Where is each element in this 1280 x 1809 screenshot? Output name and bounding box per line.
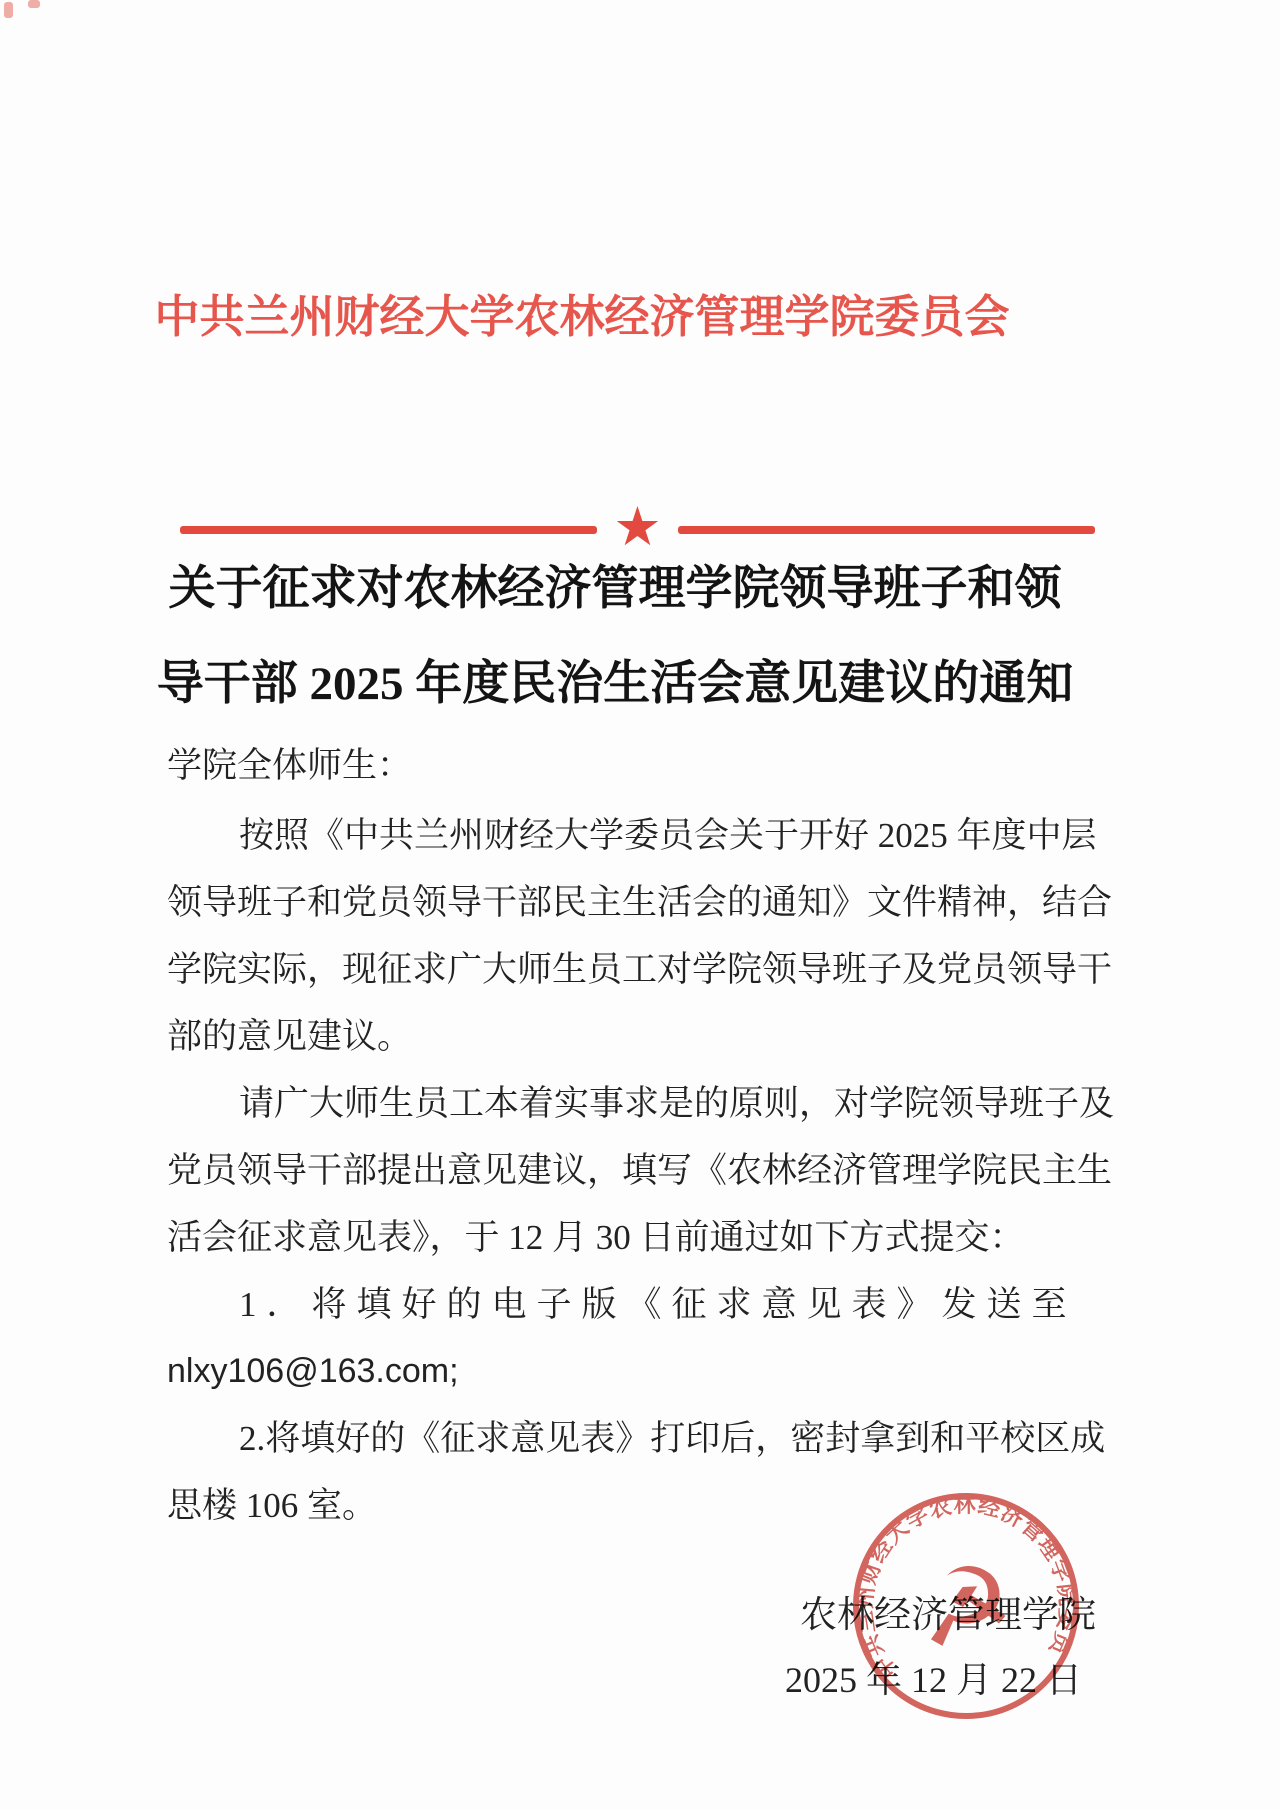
notice-title-line-2: 导干部 2025 年度民治生活会意见建议的通知 [130, 646, 1100, 713]
scanned-notice-document: 中共兰州财经大学农林经济管理学院委员会 ★ 关于征求对农林经济管理学院领导班子和… [0, 0, 1280, 1809]
body-line: 党员领导干部提出意见建议，填写《农林经济管理学院民主生 [167, 1137, 1112, 1204]
salutation: 学院全体师生： [167, 738, 412, 788]
scan-artifact [28, 0, 40, 8]
star-icon: ★ [597, 501, 677, 553]
divider-line-left [180, 526, 597, 534]
body-line: 1．将填好的电子版《征求意见表》发送至 [167, 1271, 1112, 1338]
divider-line-right [678, 526, 1095, 534]
official-seal: 中共兰州财经大学农林经济管理学院委员会 ☭ [790, 1430, 1142, 1782]
hammer-and-sickle-icon: ☭ [913, 1541, 1019, 1672]
body-line: 请广大师生员工本着实事求是的原则，对学院领导班子及 [167, 1070, 1112, 1137]
body-line: 按照《中共兰州财经大学委员会关于开好 2025 年度中层 [167, 802, 1112, 869]
body-line: 部的意见建议。 [167, 1003, 1112, 1070]
notice-body: 按照《中共兰州财经大学委员会关于开好 2025 年度中层 领导班子和党员领导干部… [167, 802, 1112, 1539]
body-line: 领导班子和党员领导干部民主生活会的通知》文件精神，结合 [167, 869, 1112, 936]
notice-title-line-1: 关于征求对农林经济管理学院领导班子和领 [130, 551, 1100, 618]
body-line-email: nlxy106@163.com; [167, 1338, 1112, 1405]
scan-artifact [4, 2, 13, 18]
body-line: 活会征求意见表》，于 12 月 30 日前通过如下方式提交： [167, 1204, 1112, 1271]
star-divider: ★ [180, 504, 1095, 556]
issuing-committee-header: 中共兰州财经大学农林经济管理学院委员会 [30, 280, 1134, 345]
body-line: 学院实际，现征求广大师生员工对学院领导班子及党员领导干 [167, 936, 1112, 1003]
